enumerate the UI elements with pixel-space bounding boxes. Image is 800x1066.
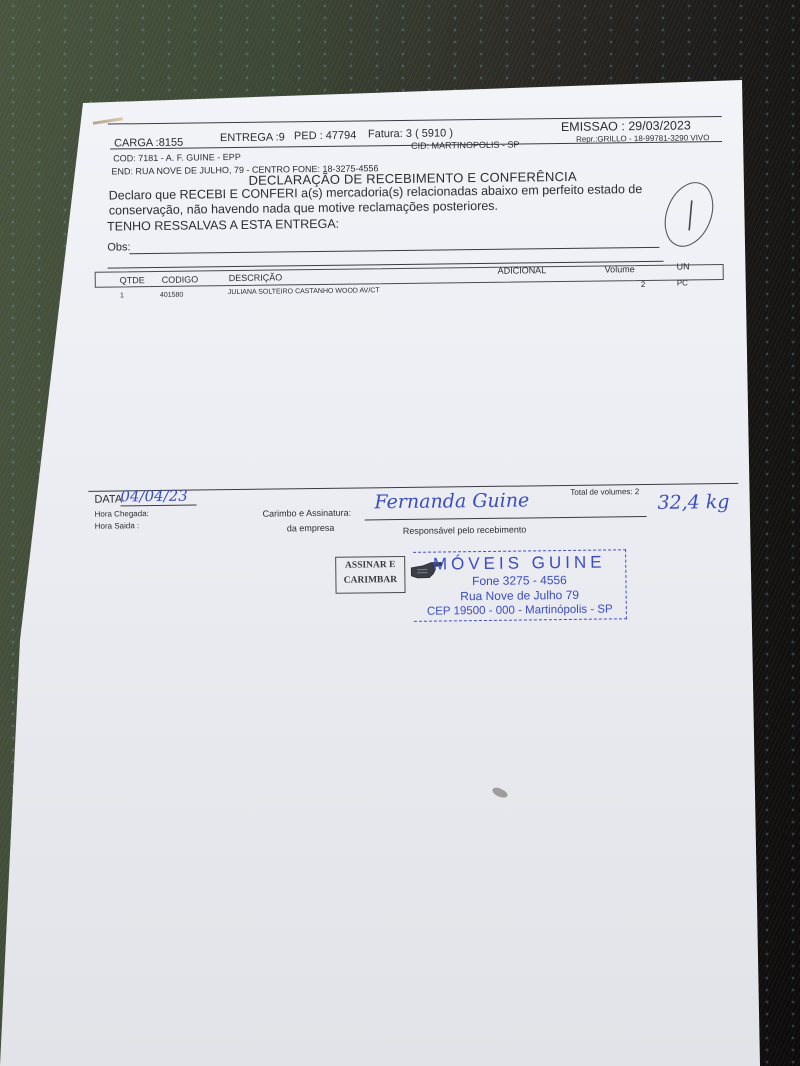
row-codigo: 401580: [160, 292, 183, 299]
row-descricao: JULIANA SOLTEIRO CASTANHO WOOD AV/CT: [228, 287, 380, 296]
customer-code: COD: 7181 - A. F. GUINE - EPP: [113, 152, 241, 164]
handwritten-signature: Fernanda Guine: [374, 489, 529, 513]
col-codigo: CODIGO: [162, 274, 199, 284]
col-adicional: ADICIONAL: [498, 265, 547, 276]
col-volume: Volume: [605, 264, 635, 274]
row-volume: 2: [641, 280, 646, 289]
data-label: DATA: [94, 493, 122, 505]
delivery-receipt-document: CARGA :8155 ENTREGA :9 PED : 47794 Fatur…: [0, 0, 800, 1066]
entrega-label: ENTREGA :9: [220, 131, 285, 144]
date-handwritten[interactable]: 04/04/23: [120, 487, 188, 506]
signature-line[interactable]: [365, 516, 647, 520]
instruction-line-2: CARIMBAR: [336, 573, 404, 589]
row-qtde: 1: [120, 292, 124, 299]
handwritten-weight: 32,4 kg: [657, 491, 729, 514]
date-line: [120, 505, 196, 507]
handwritten-circled-one-mark: [658, 174, 717, 253]
hora-saida-label: Hora Saida :: [95, 521, 140, 531]
sign-and-stamp-instruction-stamp: ASSINAR E CARIMBAR: [335, 556, 405, 594]
stamp-company-cep: CEP 19500 - 000 - Martinópolis - SP: [414, 602, 626, 620]
obs-line[interactable]: [129, 247, 659, 254]
responsavel-label: Responsável pelo recebimento: [403, 524, 527, 536]
customer-city: CID: MARTINOPOLIS - SP: [411, 140, 519, 151]
instruction-line-1: ASSINAR E: [336, 558, 404, 574]
total-volumes: Total de volumes: 2: [570, 487, 639, 497]
fatura-label: Fatura: 3 ( 5910 ): [368, 127, 453, 140]
paper-smudge: [491, 785, 509, 800]
col-qtde: QTDE: [120, 275, 145, 285]
carimbo-label: Carimbo e Assinatura:: [263, 508, 352, 519]
emissao-date: EMISSAO : 29/03/2023: [561, 118, 691, 134]
ressalvas-label: TENHO RESSALVAS A ESTA ENTREGA:: [107, 217, 339, 234]
stamp-company-name: MÓVEIS GUINE: [413, 552, 625, 575]
da-empresa-label: da empresa: [287, 523, 335, 534]
hora-chegada-label: Hora Chegada:: [95, 509, 149, 519]
obs-label: Obs:: [107, 241, 130, 253]
col-descricao: DESCRIÇÃO: [229, 272, 283, 283]
company-stamp: MÓVEIS GUINE Fone 3275 - 4556 Rua Nove d…: [413, 549, 627, 622]
col-un: UN: [677, 261, 690, 271]
pedido-label: PED : 47794: [294, 130, 357, 143]
row-un: PC: [677, 278, 688, 287]
sales-representative: Repr.:GRILLO - 18-99781-3290 VIVO: [576, 133, 710, 144]
